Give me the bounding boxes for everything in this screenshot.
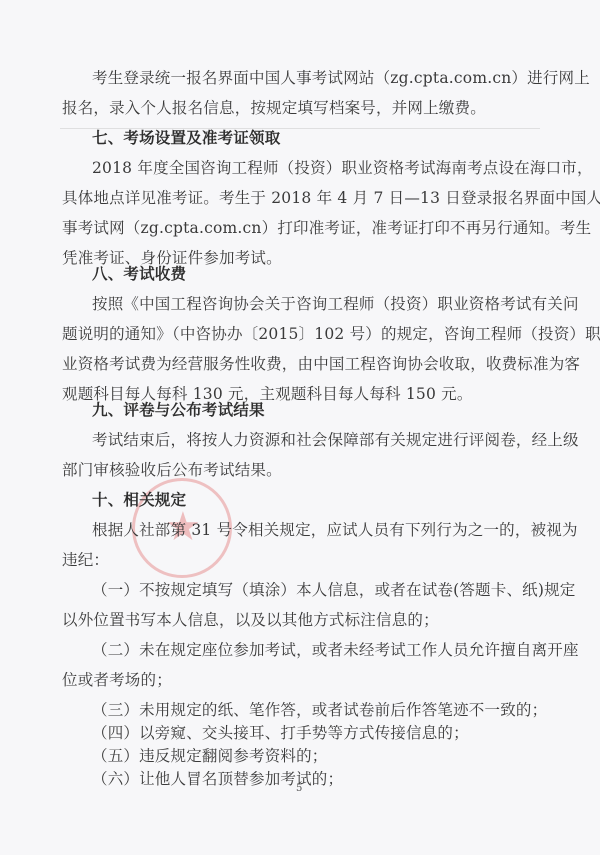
list-item: （六）让他人冒名顶替参加考试的； [92, 769, 572, 789]
section-heading-7: 七、考场设置及准考证领取 [92, 128, 572, 148]
paragraph-line: 以外位置书写本人信息，以及以其他方式标注信息的； [62, 610, 542, 630]
paragraph-line: 位或者考场的； [62, 670, 542, 690]
paragraph-line: 违纪： [62, 550, 542, 570]
list-item: （一）不按规定填写（填涂）本人信息，或者在试卷(答题卡、纸)规定 [92, 580, 572, 600]
paragraph-line: 题说明的通知》（中咨协办〔2015〕102 号）的规定，咨询工程师（投资）职 [62, 324, 542, 344]
paragraph-line: 报名，录入个人报名信息，按规定填写档案号，并网上缴费。 [62, 98, 542, 118]
paragraph-line: 考生登录统一报名界面中国人事考试网站（zg.cpta.com.cn）进行网上 [92, 68, 572, 88]
paragraph-line: 2018 年度全国咨询工程师（投资）职业资格考试海南考点设在海口市， [92, 158, 572, 178]
paragraph-line: 考试结束后，将按人力资源和社会保障部有关规定进行评阅卷，经上级 [92, 430, 572, 450]
section-heading-10: 十、相关规定 [92, 490, 572, 510]
list-item: （五）违反规定翻阅参考资料的； [92, 746, 572, 766]
paragraph-line: 部门审核验收后公布考试结果。 [62, 460, 542, 480]
page-number: 5 [296, 783, 302, 794]
paragraph-line: 业资格考试费为经营服务性收费，由中国工程咨询协会收取，收费标准为客 [62, 354, 542, 374]
section-heading-8: 八、考试收费 [92, 264, 572, 284]
paragraph-line: 根据人社部第 31 号令相关规定，应试人员有下列行为之一的，被视为 [92, 520, 572, 540]
section-heading-9: 九、评卷与公布考试结果 [92, 400, 572, 420]
paragraph-line: 具体地点详见准考证。考生于 2018 年 4 月 7 日—13 日登录报名界面中… [62, 188, 542, 208]
paragraph-line: 按照《中国工程咨询协会关于咨询工程师（投资）职业资格考试有关问 [92, 294, 572, 314]
paragraph-line: 事考试网（zg.cpta.com.cn）打印准考证，准考证打印不再另行通知。考生 [62, 218, 542, 238]
list-item: （三）未用规定的纸、笔作答，或者试卷前后作答笔迹不一致的； [92, 700, 572, 720]
list-item: （四）以旁窥、交头接耳、打手势等方式传接信息的； [92, 723, 572, 743]
document-page: ★ 考生登录统一报名界面中国人事考试网站（zg.cpta.com.cn）进行网上… [0, 0, 600, 855]
list-item: （二）未在规定座位参加考试，或者未经考试工作人员允许擅自离开座 [92, 640, 572, 660]
